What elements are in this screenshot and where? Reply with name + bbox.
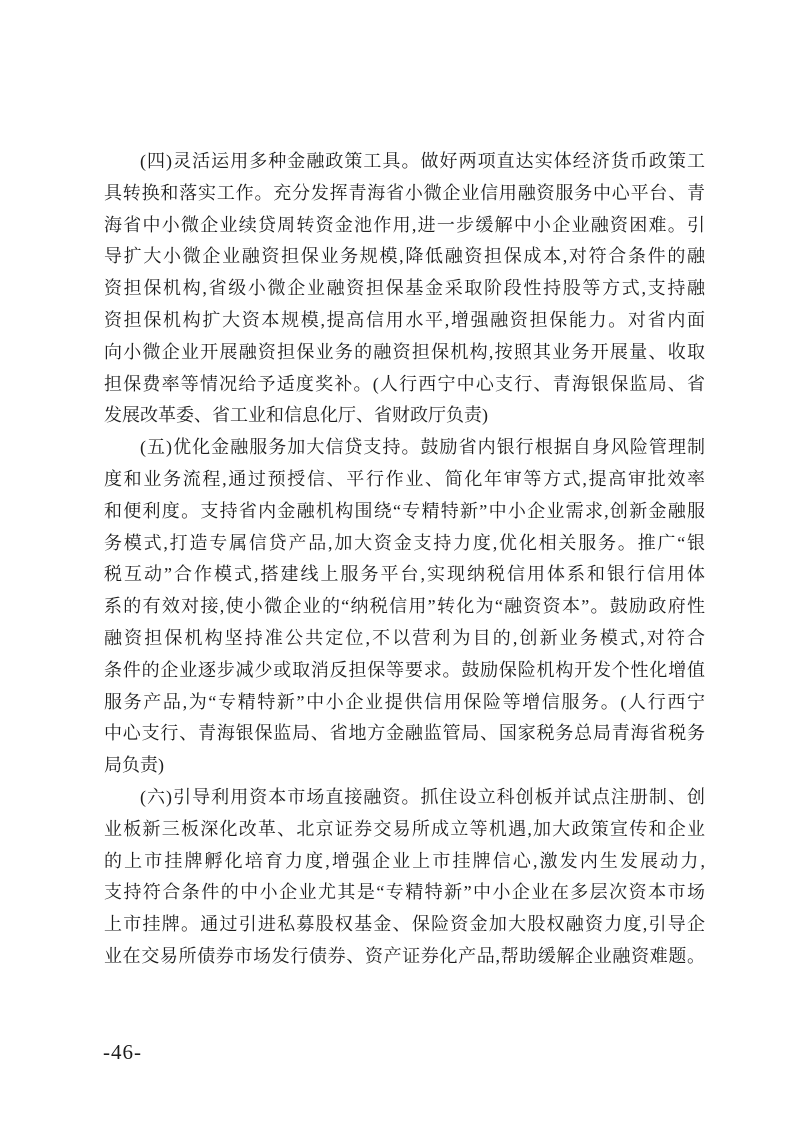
text-line: 业板新三板深化改革、北京证券交易所成立等机遇,加大政策宣传和企业 — [104, 814, 705, 846]
text-line: 和便利度。支持省内金融机构围绕“专精特新”中小企业需求,创新金融服 — [104, 496, 705, 528]
text-line: (四)灵活运用多种金融政策工具。做好两项直达实体经济货币政策工 — [104, 146, 705, 178]
text-line: 融资担保机构坚持准公共定位,不以营利为目的,创新业务模式,对符合 — [104, 623, 705, 655]
text-line: 资担保机构,省级小微企业融资担保基金采取阶段性持股等方式,支持融 — [104, 273, 705, 305]
page-number: -46- — [103, 1038, 142, 1066]
text-line: 服务产品,为“专精特新”中小企业提供信用保险等增信服务。(人行西宁 — [104, 687, 705, 719]
text-line: 支持符合条件的中小企业尤其是“专精特新”中小企业在多层次资本市场 — [104, 877, 705, 909]
paragraph-item-four: (四)灵活运用多种金融政策工具。做好两项直达实体经济货币政策工 具转换和落实工作… — [104, 146, 705, 432]
text-line: 系的有效对接,使小微企业的“纳税信用”转化为“融资资本”。鼓励政府性 — [104, 591, 705, 623]
text-line: 发展改革委、省工业和信息化厅、省财政厅负责) — [104, 400, 705, 432]
text-line: (六)引导利用资本市场直接融资。抓住设立科创板并试点注册制、创 — [104, 782, 705, 814]
document-page: (四)灵活运用多种金融政策工具。做好两项直达实体经济货币政策工 具转换和落实工作… — [0, 0, 793, 1122]
text-line: 局负责) — [104, 750, 705, 782]
text-line: 度和业务流程,通过预授信、平行作业、简化年审等方式,提高审批效率 — [104, 464, 705, 496]
text-line: 导扩大小微企业融资担保业务规模,降低融资担保成本,对符合条件的融 — [104, 241, 705, 273]
text-line: (五)优化金融服务加大信贷支持。鼓励省内银行根据自身风险管理制 — [104, 432, 705, 464]
text-line: 中心支行、青海银保监局、省地方金融监管局、国家税务总局青海省税务 — [104, 718, 705, 750]
text-line: 上市挂牌。通过引进私募股权基金、保险资金加大股权融资力度,引导企 — [104, 909, 705, 941]
text-line: 业在交易所债券市场发行债券、资产证券化产品,帮助缓解企业融资难题。 — [104, 941, 705, 973]
text-line: 的上市挂牌孵化培育力度,增强企业上市挂牌信心,激发内生发展动力, — [104, 846, 705, 878]
text-line: 务模式,打造专属信贷产品,加大资金支持力度,优化相关服务。推广“银 — [104, 528, 705, 560]
text-line: 向小微企业开展融资担保业务的融资担保机构,按照其业务开展量、收取 — [104, 337, 705, 369]
text-line: 税互动”合作模式,搭建线上服务平台,实现纳税信用体系和银行信用体 — [104, 559, 705, 591]
text-line: 条件的企业逐步减少或取消反担保等要求。鼓励保险机构开发个性化增值 — [104, 655, 705, 687]
text-block: (四)灵活运用多种金融政策工具。做好两项直达实体经济货币政策工 具转换和落实工作… — [104, 146, 705, 973]
paragraph-item-five: (五)优化金融服务加大信贷支持。鼓励省内银行根据自身风险管理制 度和业务流程,通… — [104, 432, 705, 782]
text-line: 资担保机构扩大资本规模,提高信用水平,增强融资担保能力。对省内面 — [104, 305, 705, 337]
text-line: 海省中小微企业续贷周转资金池作用,进一步缓解中小企业融资困难。引 — [104, 210, 705, 242]
text-line: 担保费率等情况给予适度奖补。(人行西宁中心支行、青海银保监局、省 — [104, 369, 705, 401]
paragraph-item-six: (六)引导利用资本市场直接融资。抓住设立科创板并试点注册制、创 业板新三板深化改… — [104, 782, 705, 973]
text-line: 具转换和落实工作。充分发挥青海省小微企业信用融资服务中心平台、青 — [104, 178, 705, 210]
